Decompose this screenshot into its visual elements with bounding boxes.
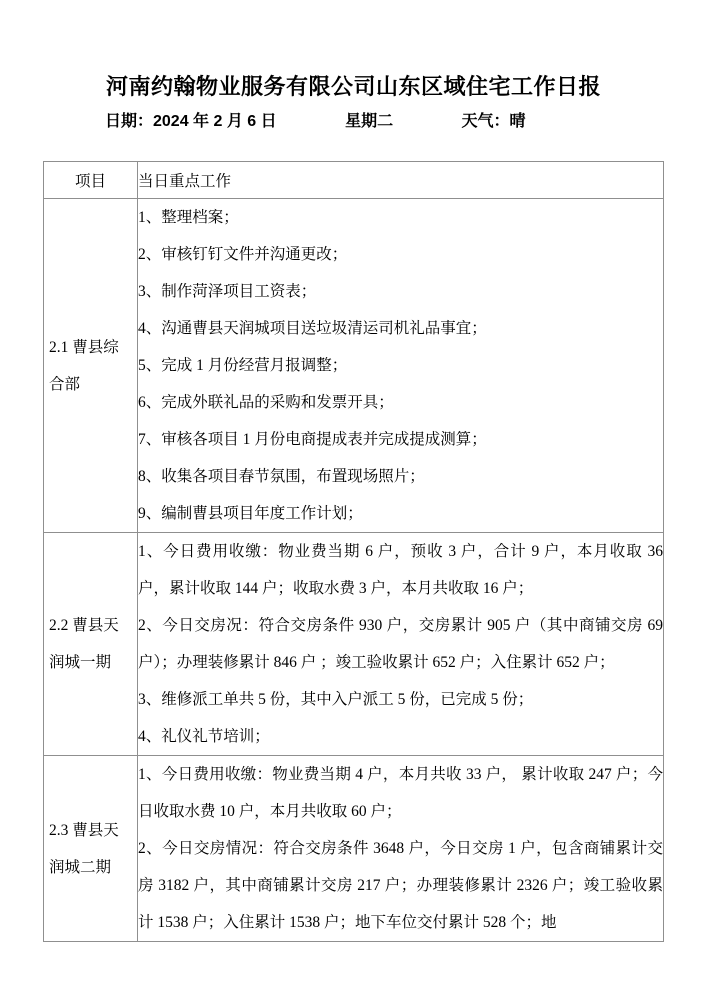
work-item: 3、维修派工单共 5 份，其中入户派工 5 份，已完成 5 份； — [138, 681, 663, 718]
page-title: 河南约翰物业服务有限公司山东区域住宅工作日报 — [0, 0, 707, 102]
work-item: 9、编制曹县项目年度工作计划； — [138, 495, 663, 532]
date-line: 日期：2024 年 2 月 6 日 星期二 天气：晴 — [105, 110, 707, 134]
work-item: 1、整理档案； — [138, 199, 663, 236]
work-item: 6、完成外联礼品的采购和发票开具； — [138, 384, 663, 421]
work-item: 1、今日费用收缴：物业费当期 4 户，本月共收 33 户， 累计收取 247 户… — [138, 756, 663, 830]
project-cell: 2.3 曹县天润城二期 — [44, 756, 138, 942]
project-label: 2.2 曹县天润城一期 — [44, 607, 127, 681]
work-cell: 1、今日费用收缴：物业费当期 6 户，预收 3 户，合计 9 户，本月收取 36… — [138, 533, 664, 756]
weekday-value: 星期二 — [345, 113, 393, 130]
work-item: 5、完成 1 月份经营月报调整； — [138, 347, 663, 384]
project-label: 2.3 曹县天润城二期 — [44, 812, 127, 886]
work-item: 7、审核各项目 1 月份电商提成表并完成提成测算； — [138, 421, 663, 458]
table-row: 2.1 曹县综合部 1、整理档案； 2、审核钉钉文件并沟通更改； 3、制作菏泽项… — [44, 199, 664, 533]
work-cell: 1、整理档案； 2、审核钉钉文件并沟通更改； 3、制作菏泽项目工资表； 4、沟通… — [138, 199, 664, 533]
project-cell: 2.1 曹县综合部 — [44, 199, 138, 533]
work-item: 2、今日交房况：符合交房条件 930 户，交房累计 905 户（其中商铺交房 6… — [138, 607, 663, 681]
work-item: 8、收集各项目春节氛围，布置现场照片； — [138, 458, 663, 495]
project-cell: 2.2 曹县天润城一期 — [44, 533, 138, 756]
date-value: 日期：2024 年 2 月 6 日 — [105, 113, 277, 130]
work-item: 2、今日交房情况：符合交房条件 3648 户，今日交房 1 户，包含商铺累计交房… — [138, 830, 663, 941]
weather-value: 天气：晴 — [462, 113, 526, 130]
work-item: 4、礼仪礼节培训； — [138, 718, 663, 755]
work-item: 2、审核钉钉文件并沟通更改； — [138, 236, 663, 273]
table-row: 2.3 曹县天润城二期 1、今日费用收缴：物业费当期 4 户，本月共收 33 户… — [44, 756, 664, 942]
table-header-row: 项目 当日重点工作 — [44, 162, 664, 199]
daily-report-table: 项目 当日重点工作 2.1 曹县综合部 1、整理档案； 2、审核钉钉文件并沟通更… — [43, 161, 664, 942]
table-row: 2.2 曹县天润城一期 1、今日费用收缴：物业费当期 6 户，预收 3 户，合计… — [44, 533, 664, 756]
work-cell: 1、今日费用收缴：物业费当期 4 户，本月共收 33 户， 累计收取 247 户… — [138, 756, 664, 942]
column-header-project: 项目 — [44, 162, 138, 199]
work-item: 1、今日费用收缴：物业费当期 6 户，预收 3 户，合计 9 户，本月收取 36… — [138, 533, 663, 607]
project-label: 2.1 曹县综合部 — [44, 329, 127, 403]
work-item: 4、沟通曹县天润城项目送垃圾清运司机礼品事宜； — [138, 310, 663, 347]
column-header-work: 当日重点工作 — [138, 162, 664, 199]
work-item: 3、制作菏泽项目工资表； — [138, 273, 663, 310]
document-page: 河南约翰物业服务有限公司山东区域住宅工作日报 日期：2024 年 2 月 6 日… — [0, 0, 707, 999]
